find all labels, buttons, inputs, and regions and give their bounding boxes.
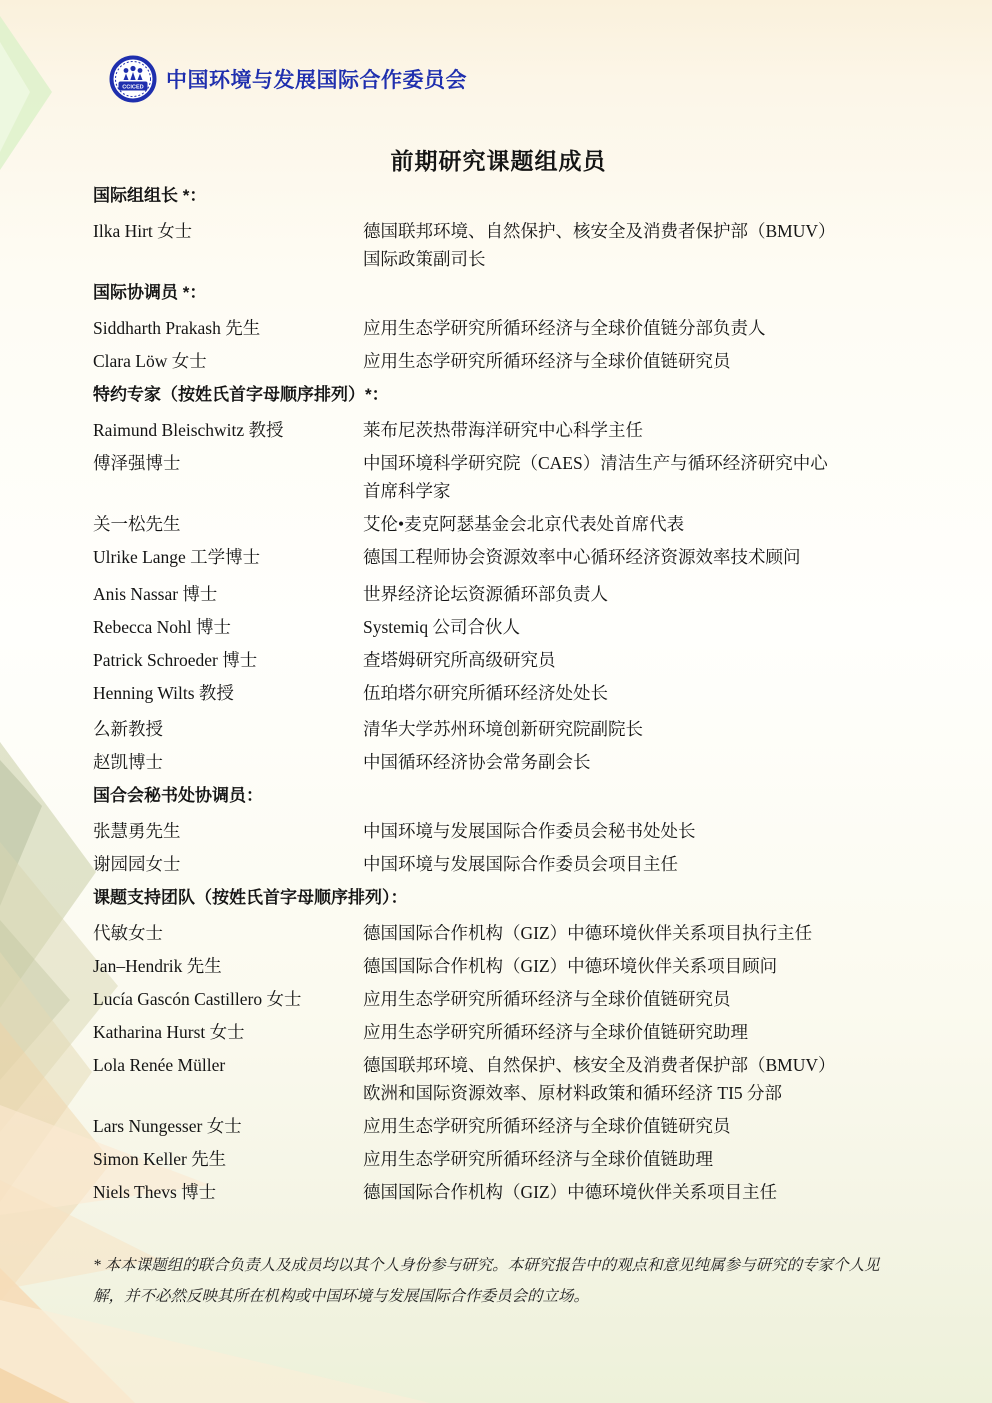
member-row: Anis Nassar 博士 世界经济论坛资源循环部负责人 [93,580,904,608]
member-name: Jan–Hendrik 先生 [93,952,363,980]
member-row: 赵凯博士 中国循环经济协会常务副会长 [93,748,904,776]
member-name: 傅泽强博士 [93,449,363,505]
member-role: 艾伦•麦克阿瑟基金会北京代表处首席代表 [363,510,904,538]
member-name: 张慧勇先生 [93,817,363,845]
member-name: Lucía Gascón Castillero 女士 [93,985,363,1013]
member-role: 应用生态学研究所循环经济与全球价值链助理 [363,1145,904,1173]
section-support-team: 课题支持团队（按姓氏首字母顺序排列）： 代敏女士 德国国际合作机构（GIZ）中德… [93,886,904,1206]
member-role: 应用生态学研究所循环经济与全球价值链研究员 [363,347,904,375]
member-row: 关一松先生 艾伦•麦克阿瑟基金会北京代表处首席代表 [93,510,904,538]
member-row: 张慧勇先生 中国环境与发展国际合作委员会秘书处处长 [93,817,904,845]
member-name: Simon Keller 先生 [93,1145,363,1173]
member-name: Lars Nungesser 女士 [93,1112,363,1140]
member-role: 中国环境科学研究院（CAES）清洁生产与循环经济研究中心 首席科学家 [363,449,904,505]
member-row: Ulrike Lange 工学博士 德国工程师协会资源效率中心循环经济资源效率技… [93,543,904,571]
member-name: Niels Thevs 博士 [93,1178,363,1206]
member-role: 中国环境与发展国际合作委员会项目主任 [363,850,904,878]
member-name: Henning Wilts 教授 [93,679,363,707]
member-role: 德国工程师协会资源效率中心循环经济资源效率技术顾问 [363,543,904,571]
section-secretariat-coordinators: 国合会秘书处协调员： 张慧勇先生 中国环境与发展国际合作委员会秘书处处长 谢园园… [93,784,904,878]
section-heading: 国际组组长 *： [93,184,904,208]
member-role: 伍珀塔尔研究所循环经济处处长 [363,679,904,707]
member-row: 谢园园女士 中国环境与发展国际合作委员会项目主任 [93,850,904,878]
member-name: 谢园园女士 [93,850,363,878]
member-name: 代敏女士 [93,919,363,947]
member-role: 查塔姆研究所高级研究员 [363,646,904,674]
section-international-coordinators: 国际协调员 *： Siddharth Prakash 先生 应用生态学研究所循环… [93,281,904,375]
page-title: 前期研究课题组成员 [93,143,904,176]
member-row: Lucía Gascón Castillero 女士 应用生态学研究所循环经济与… [93,985,904,1013]
member-row: Clara Löw 女士 应用生态学研究所循环经济与全球价值链研究员 [93,347,904,375]
member-row: Ilka Hirt 女士 德国联邦环境、自然保护、核安全及消费者保护部（BMUV… [93,217,904,273]
section-invited-experts: 特约专家（按姓氏首字母顺序排列）*： Raimund Bleischwitz 教… [93,383,904,776]
cciced-logo-icon: CCICED [109,55,157,103]
member-row: Simon Keller 先生 应用生态学研究所循环经济与全球价值链助理 [93,1145,904,1173]
member-role: 莱布尼茨热带海洋研究中心科学主任 [363,416,904,444]
org-header: CCICED 中国环境与发展国际合作委员会 [109,54,904,104]
member-name: Siddharth Prakash 先生 [93,314,363,342]
member-row: 代敏女士 德国国际合作机构（GIZ）中德环境伙伴关系项目执行主任 [93,919,904,947]
member-row: Siddharth Prakash 先生 应用生态学研究所循环经济与全球价值链分… [93,314,904,342]
member-row: 傅泽强博士 中国环境科学研究院（CAES）清洁生产与循环经济研究中心 首席科学家 [93,449,904,505]
member-row: Lars Nungesser 女士 应用生态学研究所循环经济与全球价值链研究员 [93,1112,904,1140]
page-content: CCICED 中国环境与发展国际合作委员会 前期研究课题组成员 国际组组长 *：… [0,0,992,1312]
member-role: 应用生态学研究所循环经济与全球价值链研究员 [363,985,904,1013]
member-row: Rebecca Nohl 博士 Systemiq 公司合伙人 [93,613,904,641]
logo-badge-text: CCICED [122,85,143,91]
member-row: Katharina Hurst 女士 应用生态学研究所循环经济与全球价值链研究助… [93,1018,904,1046]
member-row: Henning Wilts 教授 伍珀塔尔研究所循环经济处处长 [93,679,904,707]
member-name: 关一松先生 [93,510,363,538]
section-heading: 特约专家（按姓氏首字母顺序排列）*： [93,383,904,407]
member-name: Rebecca Nohl 博士 [93,613,363,641]
member-row: Niels Thevs 博士 德国国际合作机构（GIZ）中德环境伙伴关系项目主任 [93,1178,904,1206]
member-name: Patrick Schroeder 博士 [93,646,363,674]
org-name: 中国环境与发展国际合作委员会 [166,64,467,94]
member-role: 应用生态学研究所循环经济与全球价值链研究助理 [363,1018,904,1046]
member-row: Lola Renée Müller 德国联邦环境、自然保护、核安全及消费者保护部… [93,1051,904,1107]
member-role: 德国国际合作机构（GIZ）中德环境伙伴关系项目顾问 [363,952,904,980]
member-role: 德国联邦环境、自然保护、核安全及消费者保护部（BMUV） 欧洲和国际资源效率、原… [363,1051,904,1107]
member-name: Ulrike Lange 工学博士 [93,543,363,571]
member-name: Clara Löw 女士 [93,347,363,375]
member-role: 应用生态学研究所循环经济与全球价值链分部负责人 [363,314,904,342]
member-role: 德国联邦环境、自然保护、核安全及消费者保护部（BMUV） 国际政策副司长 [363,217,904,273]
member-row: Raimund Bleischwitz 教授 莱布尼茨热带海洋研究中心科学主任 [93,416,904,444]
member-role: 中国环境与发展国际合作委员会秘书处处长 [363,817,904,845]
member-role: Systemiq 公司合伙人 [363,613,904,641]
member-role: 德国国际合作机构（GIZ）中德环境伙伴关系项目执行主任 [363,919,904,947]
member-name: Ilka Hirt 女士 [93,217,363,273]
member-role: 世界经济论坛资源循环部负责人 [363,580,904,608]
footnote: * 本本课题组的联合负责人及成员均以其个人身份参与研究。本研究报告中的观点和意见… [93,1250,904,1312]
member-name: 么新教授 [93,715,363,743]
member-name: Lola Renée Müller [93,1051,363,1107]
section-international-group-leader: 国际组组长 *： Ilka Hirt 女士 德国联邦环境、自然保护、核安全及消费… [93,184,904,273]
document-page: CCICED 中国环境与发展国际合作委员会 前期研究课题组成员 国际组组长 *：… [0,0,992,1403]
member-role: 清华大学苏州环境创新研究院副院长 [363,715,904,743]
member-name: Anis Nassar 博士 [93,580,363,608]
member-row: Jan–Hendrik 先生 德国国际合作机构（GIZ）中德环境伙伴关系项目顾问 [93,952,904,980]
member-name: Raimund Bleischwitz 教授 [93,416,363,444]
member-row: 么新教授 清华大学苏州环境创新研究院副院长 [93,715,904,743]
member-name: Katharina Hurst 女士 [93,1018,363,1046]
member-row: Patrick Schroeder 博士 查塔姆研究所高级研究员 [93,646,904,674]
member-role: 中国循环经济协会常务副会长 [363,748,904,776]
member-role: 德国国际合作机构（GIZ）中德环境伙伴关系项目主任 [363,1178,904,1206]
section-heading: 国合会秘书处协调员： [93,784,904,808]
member-role: 应用生态学研究所循环经济与全球价值链研究员 [363,1112,904,1140]
section-heading: 国际协调员 *： [93,281,904,305]
member-name: 赵凯博士 [93,748,363,776]
section-heading: 课题支持团队（按姓氏首字母顺序排列）： [93,886,904,910]
